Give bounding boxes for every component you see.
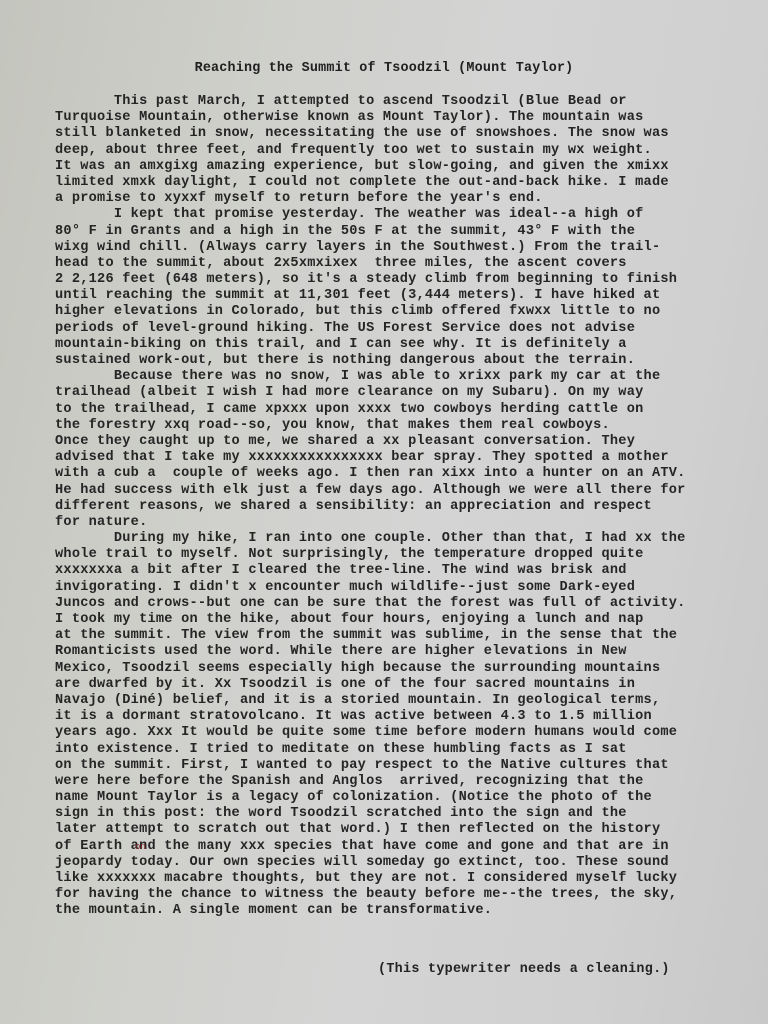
text-line: Juncos and crows--but one can be sure th…: [55, 596, 715, 612]
text-line: years ago. Xxx It would be quite some ti…: [55, 725, 715, 741]
text-line: at the summit. The view from the summit …: [55, 628, 715, 644]
text-line: the forestry xxq road--so, you know, tha…: [55, 418, 715, 434]
text-line: different reasons, we shared a sensibili…: [55, 499, 715, 515]
text-line: 2 2,126 feet (648 meters), so it's a ste…: [55, 272, 715, 288]
text-line: until reaching the summit at 11,301 feet…: [55, 288, 715, 304]
text-line: Mexico, Tsoodzil seems especially high b…: [55, 661, 715, 677]
text-line: a promise to xyxxf myself to return befo…: [55, 191, 715, 207]
text-line: He had success with elk just a few days …: [55, 483, 715, 499]
text-line: for having the chance to witness the bea…: [55, 887, 715, 903]
text-line: advised that I take my xxxxxxxxxxxxxxxx …: [55, 450, 715, 466]
text-line: It was an amxgixg amazing experience, bu…: [55, 159, 715, 175]
text-line: periods of level-ground hiking. The US F…: [55, 321, 715, 337]
text-line: Once they caught up to me, we shared a x…: [55, 434, 715, 450]
text-line: the mountain. A single moment can be tra…: [55, 903, 715, 919]
text-line: limited xmxk daylight, I could not compl…: [55, 175, 715, 191]
text-line: Navajo (Diné) belief, and it is a storie…: [55, 693, 715, 709]
text-line: Because there was no snow, I was able to…: [55, 369, 715, 385]
text-line: were here before the Spanish and Anglos …: [55, 774, 715, 790]
text-line: on the summit. First, I wanted to pay re…: [55, 758, 715, 774]
text-line: deep, about three feet, and frequently t…: [55, 143, 715, 159]
text-line: Romanticists used the word. While there …: [55, 644, 715, 660]
text-line: I kept that promise yesterday. The weath…: [55, 207, 715, 223]
text-line: still blanketed in snow, necessitating t…: [55, 126, 715, 142]
text-line: whole trail to myself. Not surprisingly,…: [55, 547, 715, 563]
text-line: Turquoise Mountain, otherwise known as M…: [55, 110, 715, 126]
text-line: to the trailhead, I came xpxxx upon xxxx…: [55, 402, 715, 418]
text-line: mountain-biking on this trail, and I can…: [55, 337, 715, 353]
text-line: higher elevations in Colorado, but this …: [55, 304, 715, 320]
text-line: This past March, I attempted to ascend T…: [55, 94, 715, 110]
text-line: with a cub a couple of weeks ago. I then…: [55, 466, 715, 482]
text-line: head to the summit, about 2x5xmxixex thr…: [55, 256, 715, 272]
postscript-note: (This typewriter needs a cleaning.): [378, 962, 670, 977]
typewritten-page: Reaching the Summit of Tsoodzil (Mount T…: [0, 0, 768, 1024]
text-line: xxxxxxxa a bit after I cleared the tree-…: [55, 563, 715, 579]
text-line: for nature.: [55, 515, 715, 531]
text-line: sign in this post: the word Tsoodzil scr…: [55, 806, 715, 822]
handwritten-correction: on: [135, 842, 146, 852]
text-line: sustained work-out, but there is nothing…: [55, 353, 715, 369]
text-line: 80° F in Grants and a high in the 50s F …: [55, 224, 715, 240]
text-line: of Earth and the many xxx species that h…: [55, 839, 715, 855]
text-line: I took my time on the hike, about four h…: [55, 612, 715, 628]
document-body: This past March, I attempted to ascend T…: [55, 94, 715, 920]
text-line: are dwarfed by it. Xx Tsoodzil is one of…: [55, 677, 715, 693]
text-line: name Mount Taylor is a legacy of coloniz…: [55, 790, 715, 806]
text-line: it is a dormant stratovolcano. It was ac…: [55, 709, 715, 725]
text-line: like xxxxxxx macabre thoughts, but they …: [55, 871, 715, 887]
text-line: During my hike, I ran into one couple. O…: [55, 531, 715, 547]
document-title: Reaching the Summit of Tsoodzil (Mount T…: [0, 61, 768, 76]
text-line: later attempt to scratch out that word.)…: [55, 822, 715, 838]
text-line: into existence. I tried to meditate on t…: [55, 742, 715, 758]
text-line: wixg wind chill. (Always carry layers in…: [55, 240, 715, 256]
text-line: jeopardy today. Our own species will som…: [55, 855, 715, 871]
text-line: trailhead (albeit I wish I had more clea…: [55, 385, 715, 401]
text-line: invigorating. I didn't x encounter much …: [55, 580, 715, 596]
